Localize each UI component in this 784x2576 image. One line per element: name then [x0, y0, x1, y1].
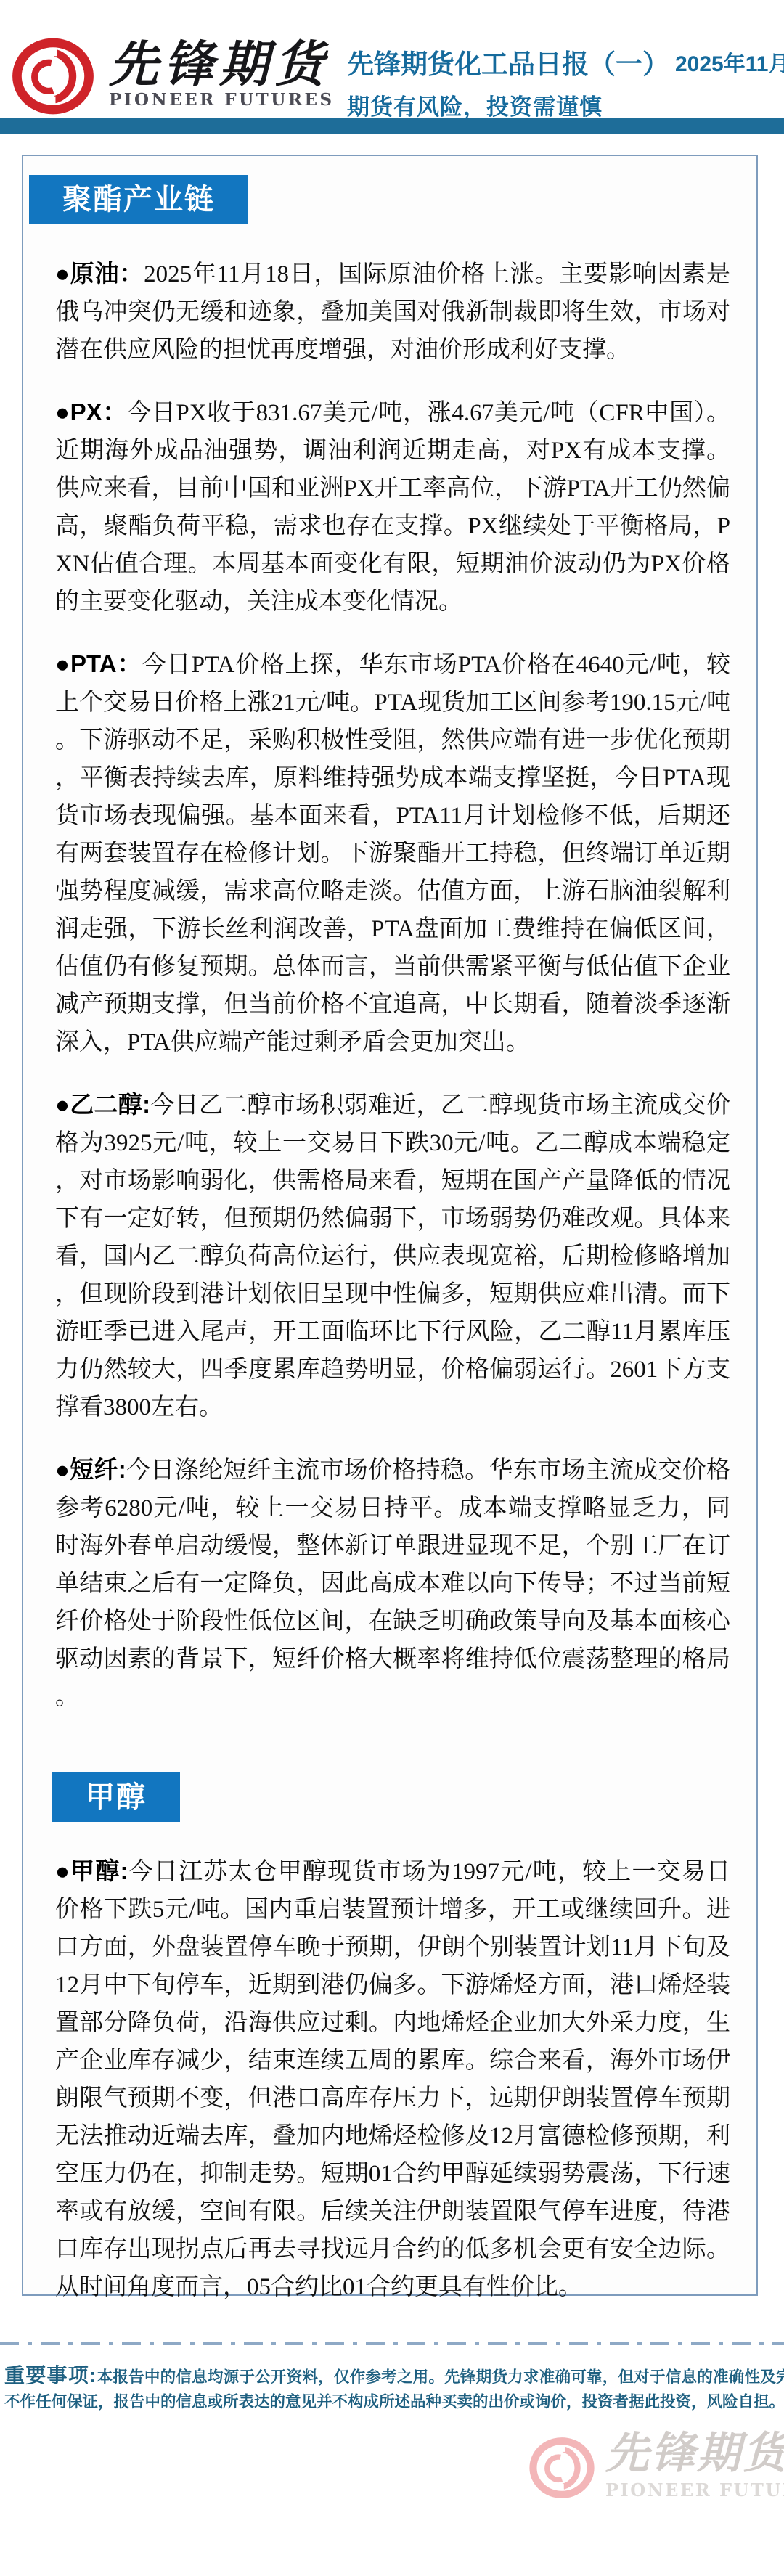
watermark: 先锋期货 PIONEER FUTURES — [528, 2423, 779, 2513]
paragraph-meg: ●乙二醇:今日乙二醇市场积弱难近，乙二醇现货市场主流成交价格为3925元/吨，较… — [55, 1086, 730, 1426]
section-badge-polyester: 聚酯产业链 — [29, 175, 248, 224]
disclaimer-text: 本报告中的信息均源于公开资料，仅作参考之用。先锋期货力求准确可靠，但对于信息的准… — [4, 2368, 784, 2411]
watermark-calligraphy: 先锋期货 — [605, 2427, 784, 2479]
brand-english: PIONEER FUTURES — [109, 90, 335, 110]
paragraph-psf-lead: ●短纤: — [55, 1456, 126, 1483]
watermark-text-block: 先锋期货 PIONEER FUTURES — [605, 2427, 784, 2501]
paragraph-px: ●PX：今日PX收于831.67美元/吨，涨4.67美元/吨（CFR中国）。近期… — [55, 393, 730, 621]
paragraph-pta-text: 今日PTA价格上探，华东市场PTA价格在4640元/吨，较上个交易日价格上涨21… — [55, 652, 730, 1055]
paragraph-methanol: ●甲醇:今日江苏太仓甲醇现货市场为1997元/吨，较上一交易日价格下跌5元/吨。… — [55, 1852, 730, 2306]
paragraph-methanol-lead: ●甲醇: — [55, 1857, 128, 1884]
paragraph-px-lead: ●PX： — [55, 398, 127, 425]
title-block: 先锋期货化工品日报（一）2025年11月19日（晚） 期货有风险，投资需谨慎 — [347, 42, 783, 121]
report-body-box: 聚酯产业链 ●原油：2025年11月18日，国际原油价格上涨。主要影响因素是俄乌… — [22, 155, 758, 2296]
watermark-english: PIONEER FUTURES — [605, 2479, 784, 2501]
brand-calligraphy: 先锋期货 — [109, 39, 335, 90]
paragraph-px-text: 今日PX收于831.67美元/吨，涨4.67美元/吨（CFR中国）。近期海外成品… — [55, 400, 730, 615]
pioneer-futures-logo-icon — [9, 38, 97, 115]
disclaimer: 重要事项:本报告中的信息均源于公开资料，仅作参考之用。先锋期货力求准确可靠，但对… — [4, 2363, 784, 2414]
paragraph-crude-oil: ●原油：2025年11月18日，国际原油价格上涨。主要影响因素是俄乌冲突仍无缓和… — [55, 255, 730, 369]
header-divider-bar — [0, 118, 784, 134]
risk-warning: 期货有风险，投资需谨慎 — [347, 89, 783, 121]
paragraph-psf: ●短纤:今日涤纶短纤主流市场价格持稳。华东市场主流成交价格参考6280元/吨，较… — [55, 1451, 730, 1716]
paragraph-psf-text: 今日涤纶短纤主流市场价格持稳。华东市场主流成交价格参考6280元/吨，较上一交易… — [55, 1457, 730, 1710]
paragraph-crude-oil-lead: ●原油： — [55, 260, 144, 287]
brand-block: 先锋期货 PIONEER FUTURES — [109, 39, 335, 110]
disclaimer-label: 重要事项: — [4, 2364, 97, 2387]
paragraph-methanol-text: 今日江苏太仓甲醇现货市场为1997元/吨，较上一交易日价格下跌5元/吨。国内重启… — [55, 1859, 730, 2300]
paragraph-pta-lead: ●PTA： — [55, 650, 142, 677]
dash-dot-divider — [0, 2342, 784, 2345]
paragraph-pta: ●PTA：今日PTA价格上探，华东市场PTA价格在4640元/吨，较上个交易日价… — [55, 645, 730, 1061]
report-title-line: 先锋期货化工品日报（一）2025年11月19日（晚） — [347, 42, 783, 81]
header: 先锋期货 PIONEER FUTURES 先锋期货化工品日报（一）2025年11… — [0, 0, 784, 118]
paragraph-crude-oil-text: 2025年11月18日，国际原油价格上涨。主要影响因素是俄乌冲突仍无缓和迹象，叠… — [55, 261, 730, 363]
report-date: 2025年11月19日（晚） — [675, 52, 784, 76]
report-page: 先锋期货 PIONEER FUTURES 先锋期货化工品日报（一）2025年11… — [0, 0, 784, 2576]
watermark-logo-icon — [528, 2423, 595, 2513]
section-badge-methanol: 甲醇 — [52, 1772, 180, 1822]
report-title: 先锋期货化工品日报（一） — [347, 49, 669, 79]
paragraph-meg-lead: ●乙二醇: — [55, 1091, 150, 1118]
paragraph-meg-text: 今日乙二醇市场积弱难近，乙二醇现货市场主流成交价格为3925元/吨，较上一交易日… — [55, 1092, 730, 1420]
